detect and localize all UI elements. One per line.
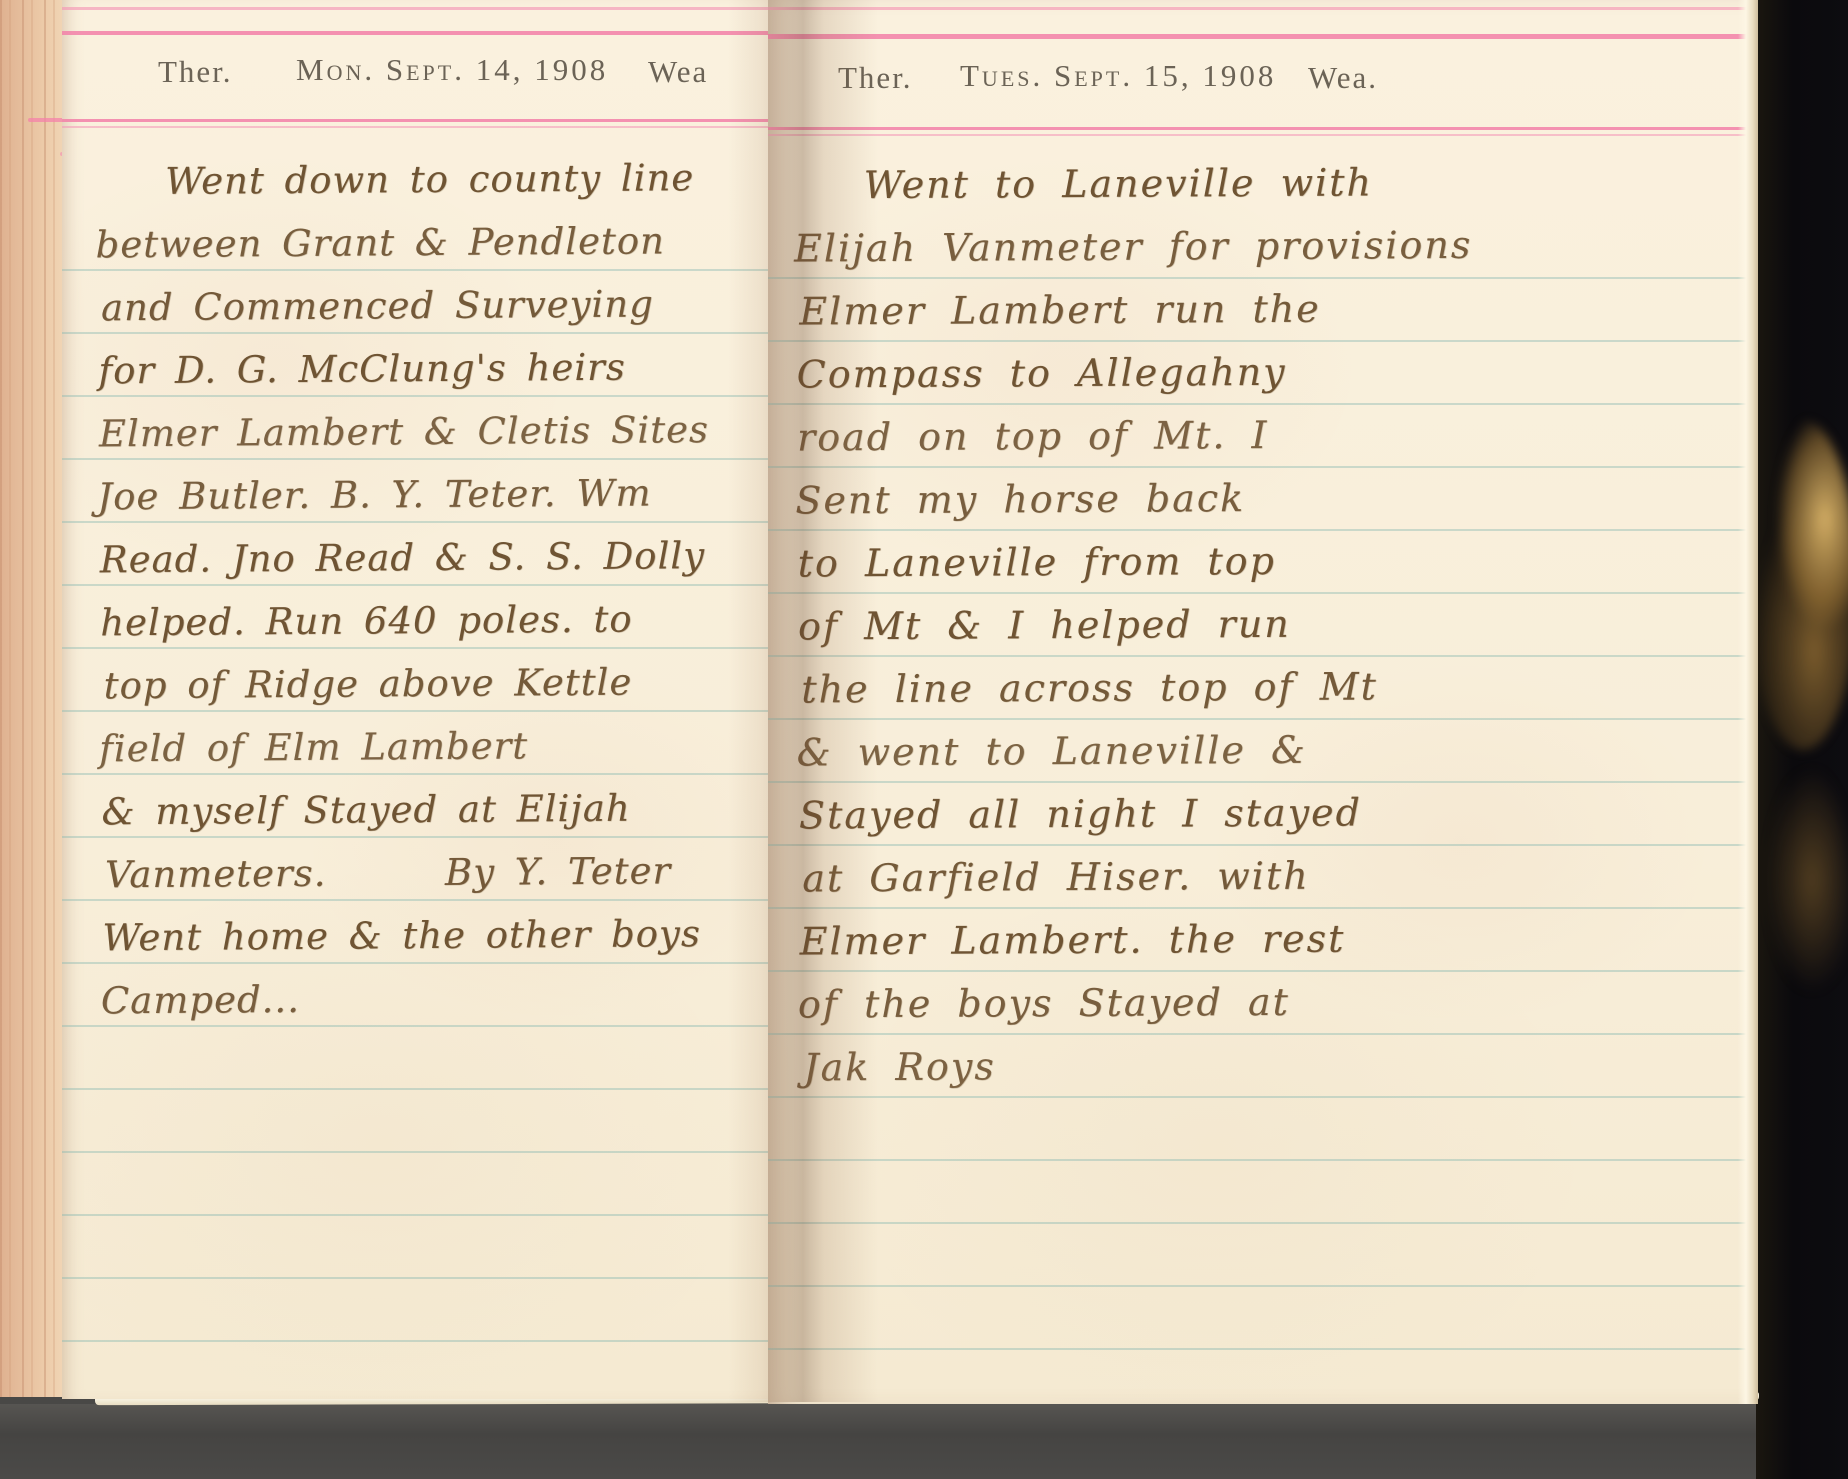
entry-line: and Commenced Surveying xyxy=(101,272,770,340)
brass-clasp-reflection xyxy=(1752,760,1848,1060)
pink-margin-line xyxy=(768,127,1757,130)
entry-line: helped. Run 640 poles. to xyxy=(100,587,772,655)
wea-label: Wea. xyxy=(1308,60,1378,96)
entry-line: Elmer Lambert run the xyxy=(799,276,1736,344)
entry-line: Elmer Lambert & Cletis Sites xyxy=(99,398,771,466)
entry-line: for D. G. McClung's heirs xyxy=(98,335,770,403)
entry-line: at Garfield Hiser. with xyxy=(802,843,1739,911)
brass-clasp xyxy=(1748,420,1848,750)
pink-margin-line xyxy=(768,34,1757,39)
entry-line: Sent my horse back xyxy=(795,465,1737,533)
entry-line: Went down to county line xyxy=(97,146,769,214)
entry-line: & went to Laneville & xyxy=(797,717,1739,785)
entry-line: Went home & the other boys xyxy=(102,902,774,970)
scanned-diary-spread: Ther. Mon. Sept. 14, 1908 Wea Went down … xyxy=(0,0,1848,1479)
entry-line: Read. Jno Read & S. S. Dolly xyxy=(100,524,772,592)
pink-margin-line xyxy=(768,7,1757,10)
entry-line: the line across top of Mt xyxy=(801,654,1738,722)
entry-line: road on top of Mt. I xyxy=(797,402,1737,470)
entry-line: Compass to Allegahny xyxy=(797,339,1737,407)
left-page: Ther. Mon. Sept. 14, 1908 Wea Went down … xyxy=(62,0,768,1399)
right-page-header: Ther. Tues. Sept. 15, 1908 Wea. xyxy=(768,48,1757,108)
entry-line: & myself Stayed at Elijah xyxy=(101,776,773,844)
entry-line: of the boys Stayed at xyxy=(798,969,1740,1037)
entry-line: between Grant & Pendleton xyxy=(95,209,769,277)
wea-label: Wea xyxy=(648,54,708,90)
pink-margin-line xyxy=(62,7,768,10)
entry-line: Stayed all night I stayed xyxy=(799,780,1739,848)
right-page: Ther. Tues. Sept. 15, 1908 Wea. Went to … xyxy=(768,0,1757,1404)
pink-margin-line xyxy=(62,119,768,122)
ther-label: Ther. xyxy=(838,60,913,96)
entry-line: Vanmeters. By Y. Teter xyxy=(105,839,774,907)
entry-line: Went to Laneville with xyxy=(796,150,1736,218)
pink-margin-line xyxy=(62,31,768,35)
entry-line: top of Ridge above Kettle xyxy=(103,650,772,718)
pink-margin-line xyxy=(62,126,768,128)
date-label: Mon. Sept. 14, 1908 xyxy=(296,52,608,88)
pink-margin-line xyxy=(768,134,1757,136)
entry-line: Jak Roys xyxy=(803,1032,1740,1100)
right-page-curled-edge xyxy=(1738,0,1758,1404)
scanner-background xyxy=(0,1404,1848,1479)
entry-line: Elmer Lambert. the rest xyxy=(799,906,1739,974)
entry-line: Joe Butler. B. Y. Teter. Wm xyxy=(97,461,771,529)
date-label: Tues. Sept. 15, 1908 xyxy=(960,58,1276,94)
entry-line: to Laneville from top xyxy=(798,528,1738,596)
left-page-handwriting: Went down to county linebetween Grant & … xyxy=(97,146,775,1033)
entry-line: Elijah Vanmeter for provisions xyxy=(794,213,1736,281)
entry-line: of Mt & I helped run xyxy=(798,591,1738,659)
ther-label: Ther. xyxy=(158,54,233,90)
entry-line: Camped... xyxy=(101,965,775,1033)
entry-line: field of Elm Lambert xyxy=(99,713,773,781)
right-page-handwriting: Went to Laneville withElijah Vanmeter fo… xyxy=(796,150,1741,1100)
left-page-header: Ther. Mon. Sept. 14, 1908 Wea xyxy=(62,48,768,108)
